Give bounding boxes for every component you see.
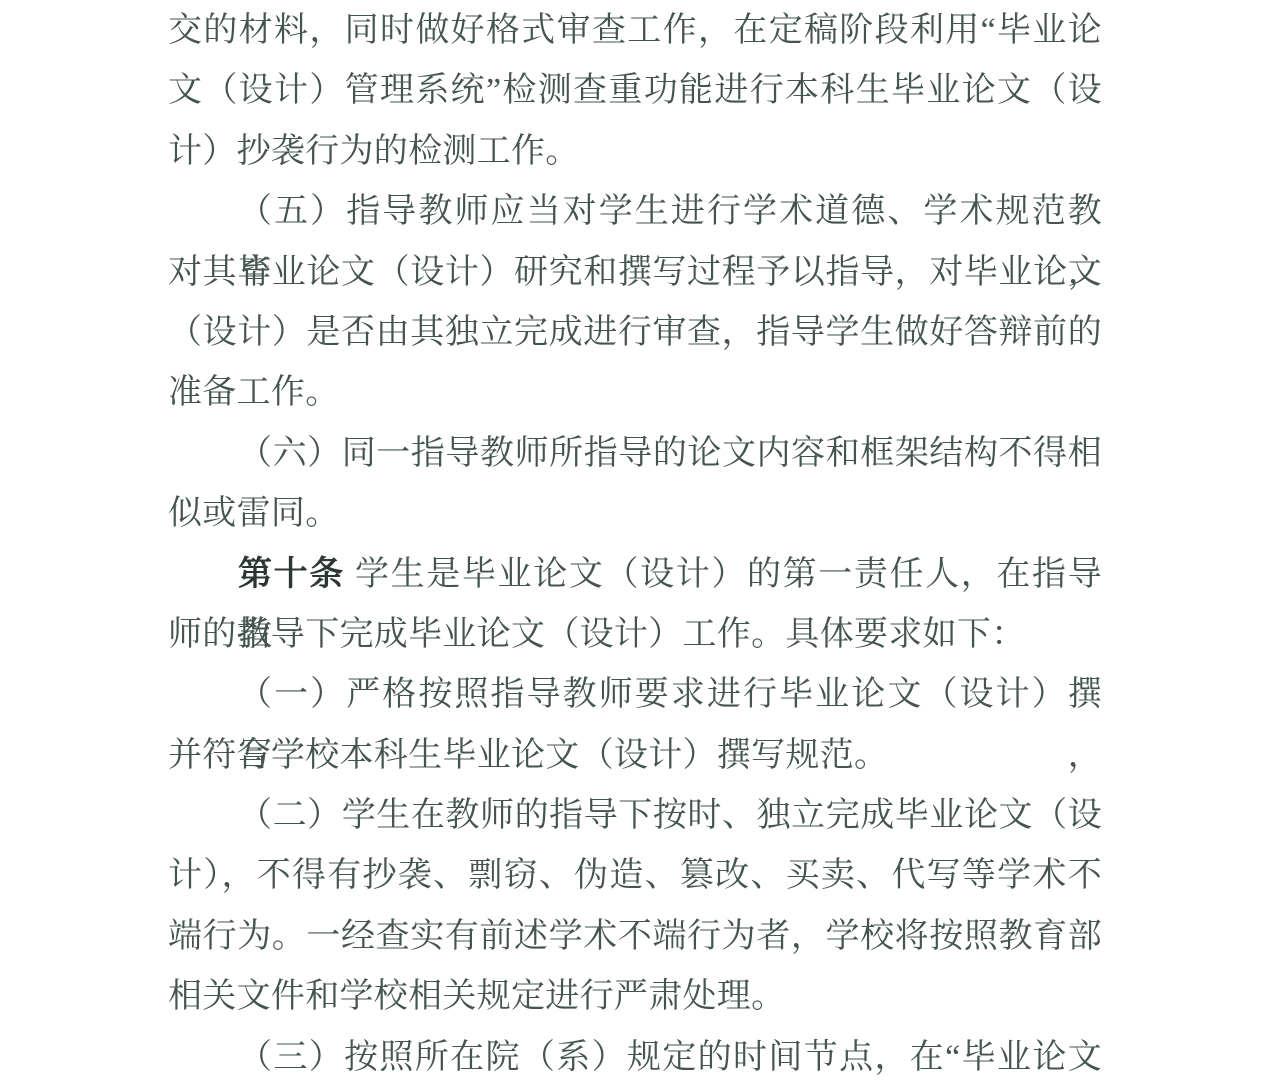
document-line: 文（设计）管理系统”检测查重功能进行本科生毕业论文（设: [168, 61, 1102, 121]
document-line: 计），不得有抄袭、剽窃、伪造、篡改、买卖、代写等学术不: [168, 846, 1102, 906]
text-segment: 计）抄袭行为的检测工作。: [168, 133, 580, 170]
text-segment: 并符合学校本科生毕业论文（设计）撰写规范。: [168, 737, 888, 774]
text-segment: 端行为。一经查实有前述学术不端行为者，学校将按照教育部: [168, 918, 1102, 955]
text-segment: （六）同一指导教师所指导的论文内容和框架结构不得相: [238, 435, 1102, 472]
document-line: （一）严格按照指导教师要求进行毕业论文（设计）撰写，: [168, 665, 1102, 725]
text-segment: 准备工作。: [168, 374, 340, 411]
document-line: 似或雷同。: [168, 484, 1102, 544]
text-segment: 对其毕业论文（设计）研究和撰写过程予以指导，对毕业论文: [168, 254, 1102, 291]
document-page: 交的材料，同时做好格式审查工作，在定稿阶段利用“毕业论文（设计）管理系统”检测查…: [0, 0, 1268, 1088]
document-line: 相关文件和学校相关规定进行严肃处理。: [168, 967, 1102, 1027]
document-body: 交的材料，同时做好格式审查工作，在定稿阶段利用“毕业论文（设计）管理系统”检测查…: [168, 1, 1102, 1088]
text-segment: （设计）是否由其独立完成进行审查，指导学生做好答辩前的: [168, 314, 1102, 351]
document-line: 计）抄袭行为的检测工作。: [168, 122, 1102, 182]
text-segment: （二）学生在教师的指导下按时、独立完成毕业论文（设: [238, 797, 1102, 834]
document-line: 对其毕业论文（设计）研究和撰写过程予以指导，对毕业论文: [168, 243, 1102, 303]
text-segment: 交的材料，同时做好格式审查工作，在定稿阶段利用“毕业论: [168, 12, 1102, 49]
document-line: 师的指导下完成毕业论文（设计）工作。具体要求如下：: [168, 605, 1102, 665]
bold-text: 第十条: [238, 556, 345, 593]
document-line: （二）学生在教师的指导下按时、独立完成毕业论文（设: [168, 786, 1102, 846]
document-line: （三）按照所在院（系）规定的时间节点，在“毕业论文: [168, 1028, 1102, 1088]
text-segment: （三）按照所在院（系）规定的时间节点，在“毕业论文: [238, 1039, 1102, 1076]
document-line: 交的材料，同时做好格式审查工作，在定稿阶段利用“毕业论: [168, 1, 1102, 61]
text-segment: 文（设计）管理系统”检测查重功能进行本科生毕业论文（设: [168, 72, 1102, 109]
document-line: 第十条 学生是毕业论文（设计）的第一责任人，在指导教: [168, 545, 1102, 605]
text-segment: 相关文件和学校相关规定进行严肃处理。: [168, 978, 785, 1015]
document-line: （设计）是否由其独立完成进行审查，指导学生做好答辩前的: [168, 303, 1102, 363]
text-segment: 似或雷同。: [168, 495, 340, 532]
document-line: 端行为。一经查实有前述学术不端行为者，学校将按照教育部: [168, 907, 1102, 967]
text-segment: 师的指导下完成毕业论文（设计）工作。具体要求如下：: [168, 616, 1026, 653]
text-segment: 计），不得有抄袭、剽窃、伪造、篡改、买卖、代写等学术不: [168, 857, 1102, 894]
document-line: （五）指导教师应当对学生进行学术道德、学术规范教育，: [168, 182, 1102, 242]
document-line: （六）同一指导教师所指导的论文内容和框架结构不得相: [168, 424, 1102, 484]
document-line: 准备工作。: [168, 363, 1102, 423]
